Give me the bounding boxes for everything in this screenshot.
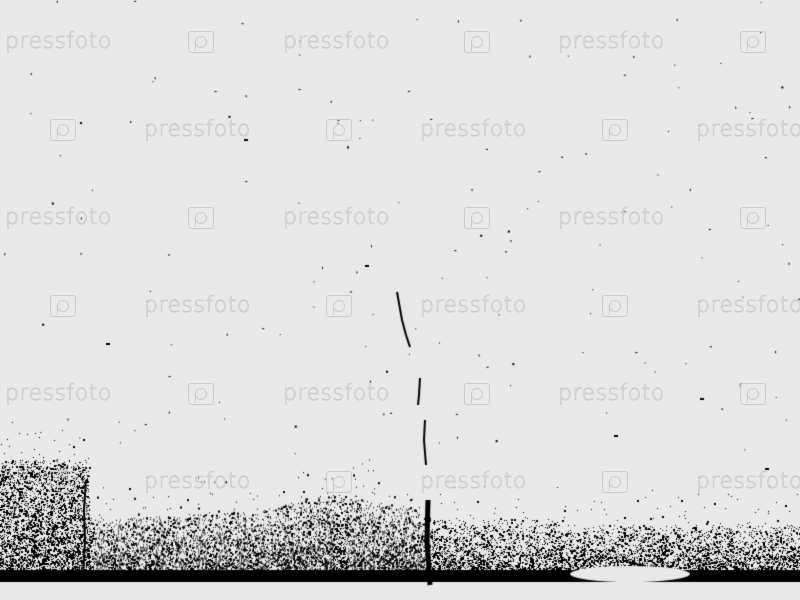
watermark-text: pressfoto	[144, 119, 251, 141]
watermark-text: pressfoto	[283, 31, 390, 53]
pressfoto-logo-icon	[50, 119, 76, 141]
grunge-texture	[0, 0, 800, 600]
pressfoto-logo-icon	[464, 207, 490, 229]
pressfoto-logo-icon	[326, 295, 352, 317]
pressfoto-logo-icon	[740, 207, 766, 229]
watermark-text: pressfoto	[144, 471, 251, 493]
pressfoto-logo-icon	[188, 383, 214, 405]
pressfoto-logo-icon	[50, 471, 76, 493]
pressfoto-logo-icon	[602, 471, 628, 493]
pressfoto-logo-icon	[326, 119, 352, 141]
watermark-text: pressfoto	[558, 31, 665, 53]
watermark-text: pressfoto	[558, 383, 665, 405]
watermark-text: pressfoto	[5, 383, 112, 405]
watermark-text: pressfoto	[144, 295, 251, 317]
pressfoto-logo-icon	[188, 207, 214, 229]
pressfoto-logo-icon	[50, 295, 76, 317]
pressfoto-logo-icon	[464, 31, 490, 53]
pressfoto-logo-icon	[602, 119, 628, 141]
pressfoto-logo-icon	[188, 31, 214, 53]
watermark-text: pressfoto	[283, 383, 390, 405]
pressfoto-logo-icon	[602, 295, 628, 317]
watermark-text: pressfoto	[420, 119, 527, 141]
watermark-text: pressfoto	[696, 295, 800, 317]
watermark-text: pressfoto	[696, 119, 800, 141]
watermark-text: pressfoto	[5, 31, 112, 53]
pressfoto-logo-icon	[740, 31, 766, 53]
pressfoto-logo-icon	[740, 383, 766, 405]
pressfoto-logo-icon	[326, 471, 352, 493]
watermark-text: pressfoto	[283, 207, 390, 229]
watermark-text: pressfoto	[696, 471, 800, 493]
pressfoto-logo-icon	[464, 383, 490, 405]
watermark-text: pressfoto	[558, 207, 665, 229]
watermark-text: pressfoto	[5, 207, 112, 229]
watermark-text: pressfoto	[420, 471, 527, 493]
watermark-text: pressfoto	[420, 295, 527, 317]
